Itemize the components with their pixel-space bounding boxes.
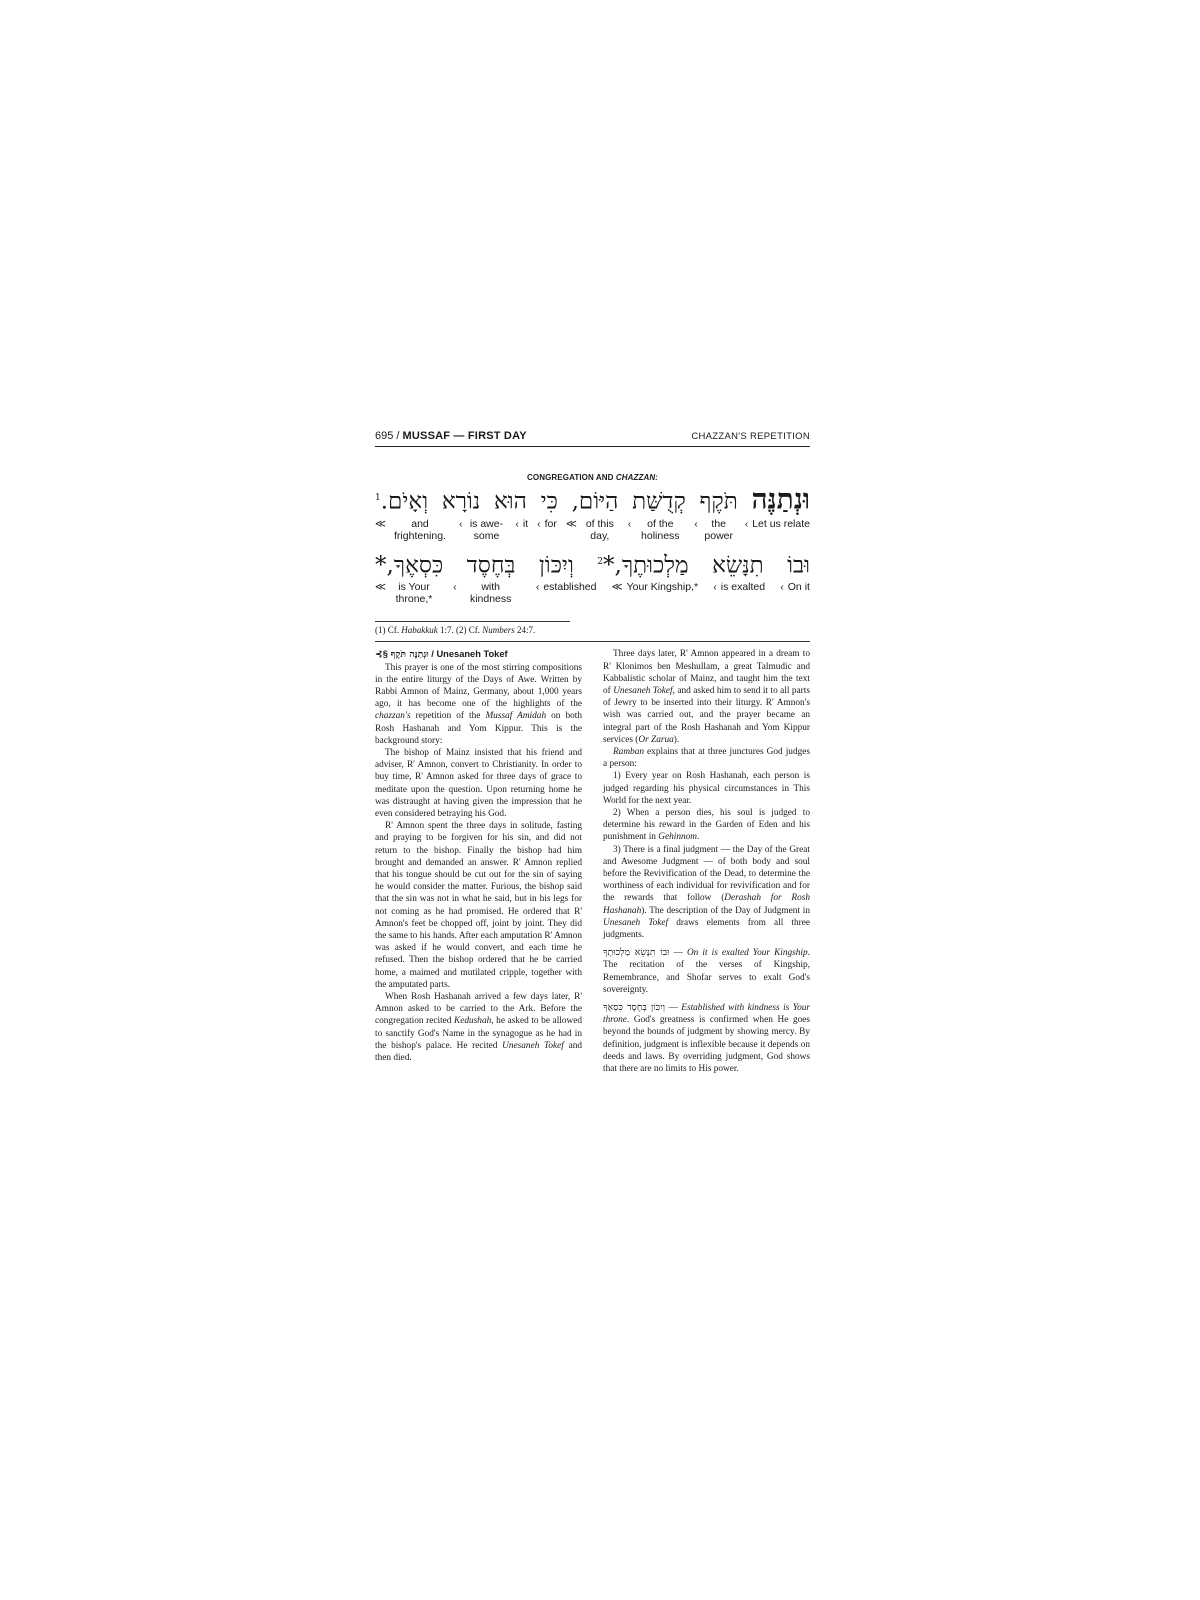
commentary-right-column: Three days later, R' Amnon appeared in a… [603, 648, 810, 1075]
gloss-item: ‹is exalted [713, 581, 765, 605]
paragraph: 2) When a person dies, his soul is judge… [603, 807, 810, 844]
double-chevron-left-icon: ≪ [612, 581, 623, 593]
chevron-left-icon: ‹ [536, 581, 540, 593]
double-chevron-left-icon: ≪ [375, 581, 386, 593]
footnotes: (1) Cf. Habakkuk 1:7. (2) Cf. Numbers 24… [375, 625, 810, 635]
gloss-item: ‹of the holiness [628, 518, 686, 542]
interlinear-gloss-1: ≪and frightening. ‹is awe- some ‹it ‹for… [375, 518, 810, 542]
opening-word: וּנְתַנֶּה [751, 483, 810, 516]
gloss-item: ‹with kindness [453, 581, 521, 605]
section-title: MUSSAF — FIRST DAY [403, 430, 527, 442]
paragraph: When Rosh Hashanah arrived a few days la… [375, 991, 582, 1064]
commentary-heading: ⊰§ וּנְתַנֶּה תֹּקֶף / Unesaneh Tokef [375, 648, 582, 661]
hebrew-verse-2: וּבוֹ תִנָּשֵׂא מַלְכוּתֶךָ,*2 וְיִכּוֹן… [375, 548, 810, 580]
paragraph: 3) There is a final judgment — the Day o… [603, 844, 810, 942]
gloss-item: ‹it [515, 518, 528, 542]
chevron-left-icon: ‹ [453, 581, 457, 593]
chevron-left-icon: ‹ [780, 581, 784, 593]
section-ornament-icon: ⊰§ [375, 649, 388, 659]
gloss-item: ‹established [536, 581, 597, 605]
chevron-left-icon: ‹ [537, 518, 541, 530]
chevron-left-icon: ‹ [713, 581, 717, 593]
hebrew-verse-1: וּנְתַנֶּה תֹּקֶף קְדֻשַּׁת הַיּוֹם, כִּ… [375, 484, 810, 516]
gloss-item: ‹Let us relate [745, 518, 810, 542]
gloss-item: ‹the power [694, 518, 736, 542]
chevron-left-icon: ‹ [459, 518, 463, 530]
gloss-item: ‹On it [780, 581, 810, 605]
interlinear-gloss-2: ≪is Your throne,* ‹with kindness ‹establ… [375, 581, 810, 605]
chevron-left-icon: ‹ [694, 518, 698, 530]
prayer-book-page: 695 / MUSSAF — FIRST DAY CHAZZAN'S REPET… [375, 430, 810, 1075]
paragraph: Ramban explains that at three junctures … [603, 746, 810, 770]
gloss-item: ‹is awe- some [459, 518, 507, 542]
rubric-instruction: CONGREGATION AND CHAZZAN: [375, 473, 810, 482]
chevron-left-icon: ‹ [515, 518, 519, 530]
page-header-left: 695 / MUSSAF — FIRST DAY [375, 430, 527, 442]
paragraph: וּבוֹ תִנָּשֵׂא מַלְכוּתֶךָ — On it is e… [603, 947, 810, 996]
gloss-item: ≪Your Kingship,* [612, 581, 698, 605]
paragraph: This prayer is one of the most stirring … [375, 662, 582, 747]
running-head: 695 / MUSSAF — FIRST DAY CHAZZAN'S REPET… [375, 430, 810, 447]
gloss-item: ≪is Your throne,* [375, 581, 438, 605]
gloss-item: ≪and frightening. [375, 518, 450, 542]
commentary: ⊰§ וּנְתַנֶּה תֹּקֶף / Unesaneh Tokef Th… [375, 641, 810, 1075]
footnote-divider [375, 621, 570, 622]
paragraph: 1) Every year on Rosh Hashanah, each per… [603, 770, 810, 807]
page-number: 695 [375, 430, 393, 442]
double-chevron-left-icon: ≪ [566, 518, 577, 530]
paragraph: וְיִכּוֹן בְּחֶסֶד כִּסְאֶךָ — Establish… [603, 1002, 810, 1075]
chevron-left-icon: ‹ [745, 518, 749, 530]
paragraph: R' Amnon spent the three days in solitud… [375, 820, 582, 991]
double-chevron-left-icon: ≪ [375, 518, 386, 530]
paragraph: Three days later, R' Amnon appeared in a… [603, 648, 810, 746]
commentary-left-column: ⊰§ וּנְתַנֶּה תֹּקֶף / Unesaneh Tokef Th… [375, 648, 582, 1075]
chevron-left-icon: ‹ [628, 518, 632, 530]
gloss-item: ≪of this day, [566, 518, 619, 542]
paragraph: The bishop of Mainz insisted that his fr… [375, 747, 582, 820]
gloss-item: ‹for [537, 518, 557, 542]
page-header-right: CHAZZAN'S REPETITION [691, 431, 810, 442]
